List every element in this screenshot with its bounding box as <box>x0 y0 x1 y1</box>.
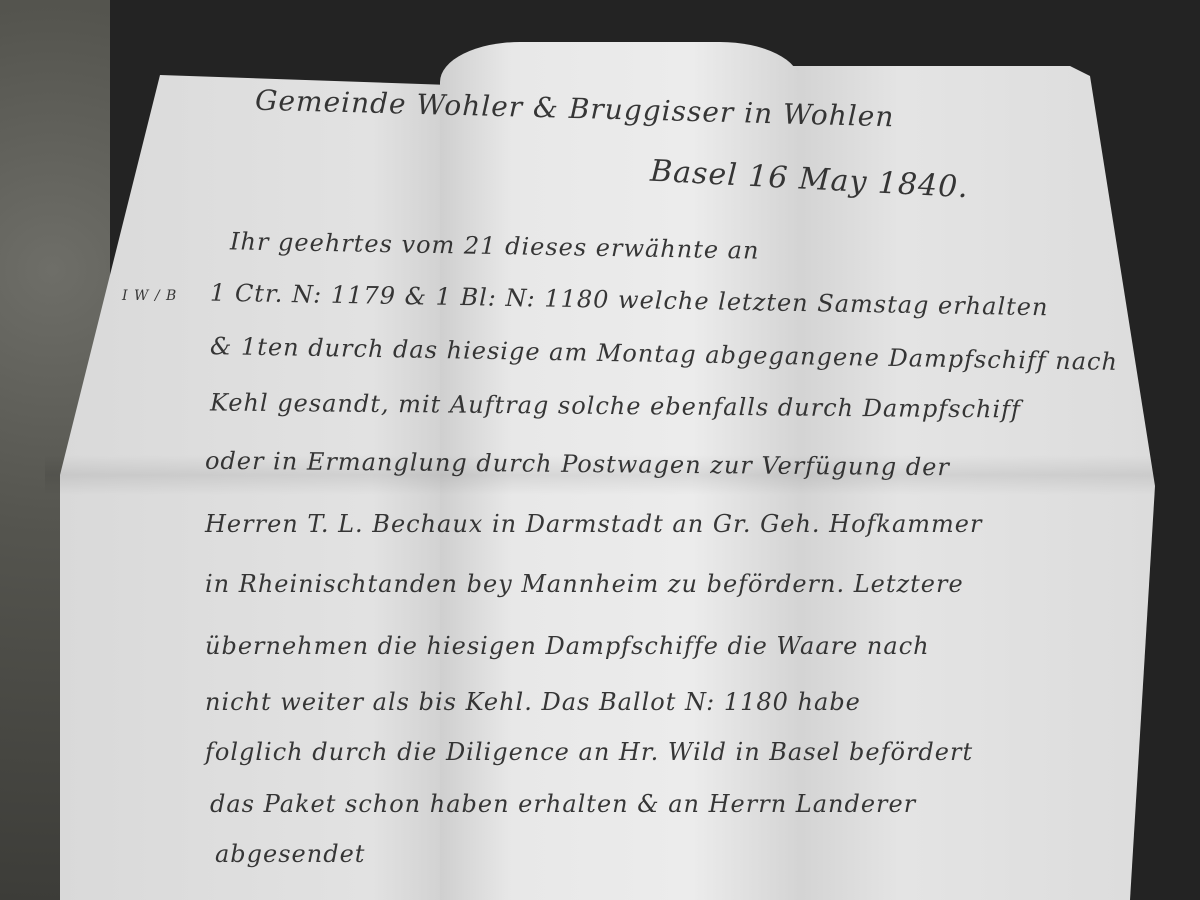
body-line: Herren T. L. Bechaux in Darmstadt an Gr.… <box>205 510 982 538</box>
letter: Gemeinde Wohler & Bruggisser in Wohlen B… <box>0 0 1200 900</box>
body-line: abgesendet <box>215 840 365 868</box>
body-line: nicht weiter als bis Kehl. Das Ballot N:… <box>205 688 861 716</box>
body-line: folglich durch die Diligence an Hr. Wild… <box>205 738 973 766</box>
body-line: das Paket schon haben erhalten & an Herr… <box>210 790 916 818</box>
body-line: übernehmen die hiesigen Dampfschiffe die… <box>205 632 930 660</box>
margin-note: I W / B <box>122 288 177 304</box>
body-line: in Rheinischtanden bey Mannheim zu beför… <box>205 570 964 598</box>
